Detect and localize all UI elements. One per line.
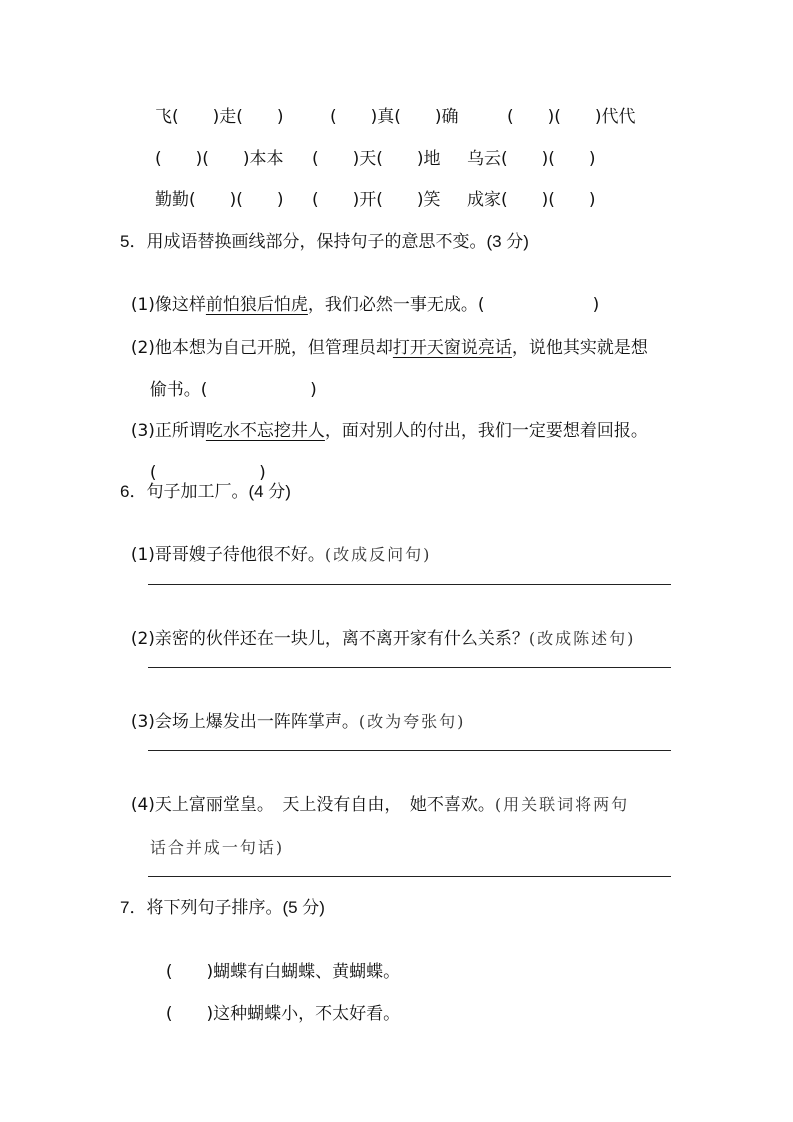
q7-item-1: ( )蝴蝶有白蝴蝶、黄蝴蝶。	[155, 939, 400, 983]
q6-item-hint-cont: 话合并成一句话)	[150, 838, 284, 857]
q6-item-hint: (用关联词将两句	[495, 795, 629, 814]
q5-item-3: (3)正所谓吃水不忘挖井人，面对别人的付出，我们一定要想着回报。	[120, 398, 648, 442]
answer-blank[interactable]	[485, 295, 593, 315]
underlined-phrase: 打开天窗说亮话	[393, 338, 512, 358]
q6-item-hint: (改成反问句)	[325, 545, 432, 564]
answer-line-4[interactable]	[148, 876, 671, 877]
answer-blank[interactable]	[156, 463, 259, 483]
order-blank[interactable]: ( )	[166, 1004, 213, 1024]
q5-item-suffix: ，说他其实就是想	[512, 338, 648, 358]
q5-item-suffix: ，面对别人的付出，我们一定要想着回报。	[325, 421, 648, 441]
answer-line-3[interactable]	[148, 750, 671, 751]
q6-item-text: (2)亲密的伙伴还在一块儿，离不离开家有什么关系？	[131, 629, 529, 649]
blank-close: )	[593, 295, 600, 315]
idiom-blank[interactable]: ( )( )代代	[507, 106, 636, 128]
q6-item-hint: (改成陈述句)	[529, 629, 636, 648]
underlined-phrase: 前怕狼后怕虎	[206, 295, 308, 315]
question-7-title: 7．将下列句子排序。(5 分)	[120, 897, 325, 919]
q5-item-prefix: (1)像这样	[131, 295, 206, 315]
idiom-blank[interactable]: 勤勤( )( )	[155, 189, 284, 211]
question-6-title: 6．句子加工厂。(4 分)	[120, 481, 291, 503]
q7-item-text: 蝴蝶有白蝴蝶、黄蝴蝶。	[213, 962, 400, 982]
q6-item-text: (1)哥哥嫂子待他很不好。	[131, 545, 325, 565]
idiom-blank[interactable]: 飞( )走( )	[155, 106, 284, 128]
q6-item-text: (3)会场上爆发出一阵阵掌声。	[131, 712, 359, 732]
idiom-blank[interactable]: ( )真( )确	[330, 106, 459, 128]
blank-close: )	[310, 380, 317, 400]
q5-item-cont: 偷书。(	[150, 380, 208, 400]
idiom-blank[interactable]: 成家( )( )	[467, 189, 596, 211]
q6-item-hint: (改为夸张句)	[359, 712, 466, 731]
answer-line-2[interactable]	[148, 667, 671, 668]
underlined-phrase: 吃水不忘挖井人	[206, 421, 325, 441]
q7-item-2: ( )这种蝴蝶小，不太好看。	[155, 981, 400, 1025]
q6-item-text: (4)天上富丽堂皇。 天上没有自由， 她不喜欢。	[131, 795, 495, 815]
idiom-blank[interactable]: ( )开( )笑	[312, 189, 441, 211]
q5-item-2-cont: 偷书。( )	[139, 357, 317, 401]
q5-item-prefix: (2)他本想为自己开脱，但管理员却	[131, 338, 393, 358]
idiom-blank[interactable]: ( )天( )地	[312, 148, 441, 170]
q6-item-1: (1)哥哥嫂子待他很不好。(改成反问句)	[120, 522, 431, 566]
q5-item-prefix: (3)正所谓	[131, 421, 206, 441]
q5-item-2: (2)他本想为自己开脱，但管理员却打开天窗说亮话，说他其实就是想	[120, 315, 648, 359]
q5-item-1: (1)像这样前怕狼后怕虎，我们必然一事无成。( )	[120, 272, 599, 316]
question-5-title: 5．用成语替换画线部分，保持句子的意思不变。(3 分)	[120, 231, 529, 253]
q5-item-suffix: ，我们必然一事无成。(	[308, 295, 485, 315]
q6-item-3: (3)会场上爆发出一阵阵掌声。(改为夸张句)	[120, 689, 465, 733]
q7-item-text: 这种蝴蝶小，不太好看。	[213, 1004, 400, 1024]
q6-item-2: (2)亲密的伙伴还在一块儿，离不离开家有什么关系？(改成陈述句)	[120, 606, 635, 650]
q6-item-4: (4)天上富丽堂皇。 天上没有自由， 她不喜欢。(用关联词将两句	[120, 772, 629, 816]
blank-close: )	[259, 463, 266, 483]
q5-item-3-cont: ( )	[139, 440, 266, 484]
idiom-blank[interactable]: ( )( )本本	[155, 148, 284, 170]
answer-blank[interactable]	[207, 380, 310, 400]
idiom-blank[interactable]: 乌云( )( )	[467, 148, 596, 170]
answer-line-1[interactable]	[148, 584, 671, 585]
q6-item-4-cont: 话合并成一句话)	[139, 815, 284, 859]
order-blank[interactable]: ( )	[166, 962, 213, 982]
